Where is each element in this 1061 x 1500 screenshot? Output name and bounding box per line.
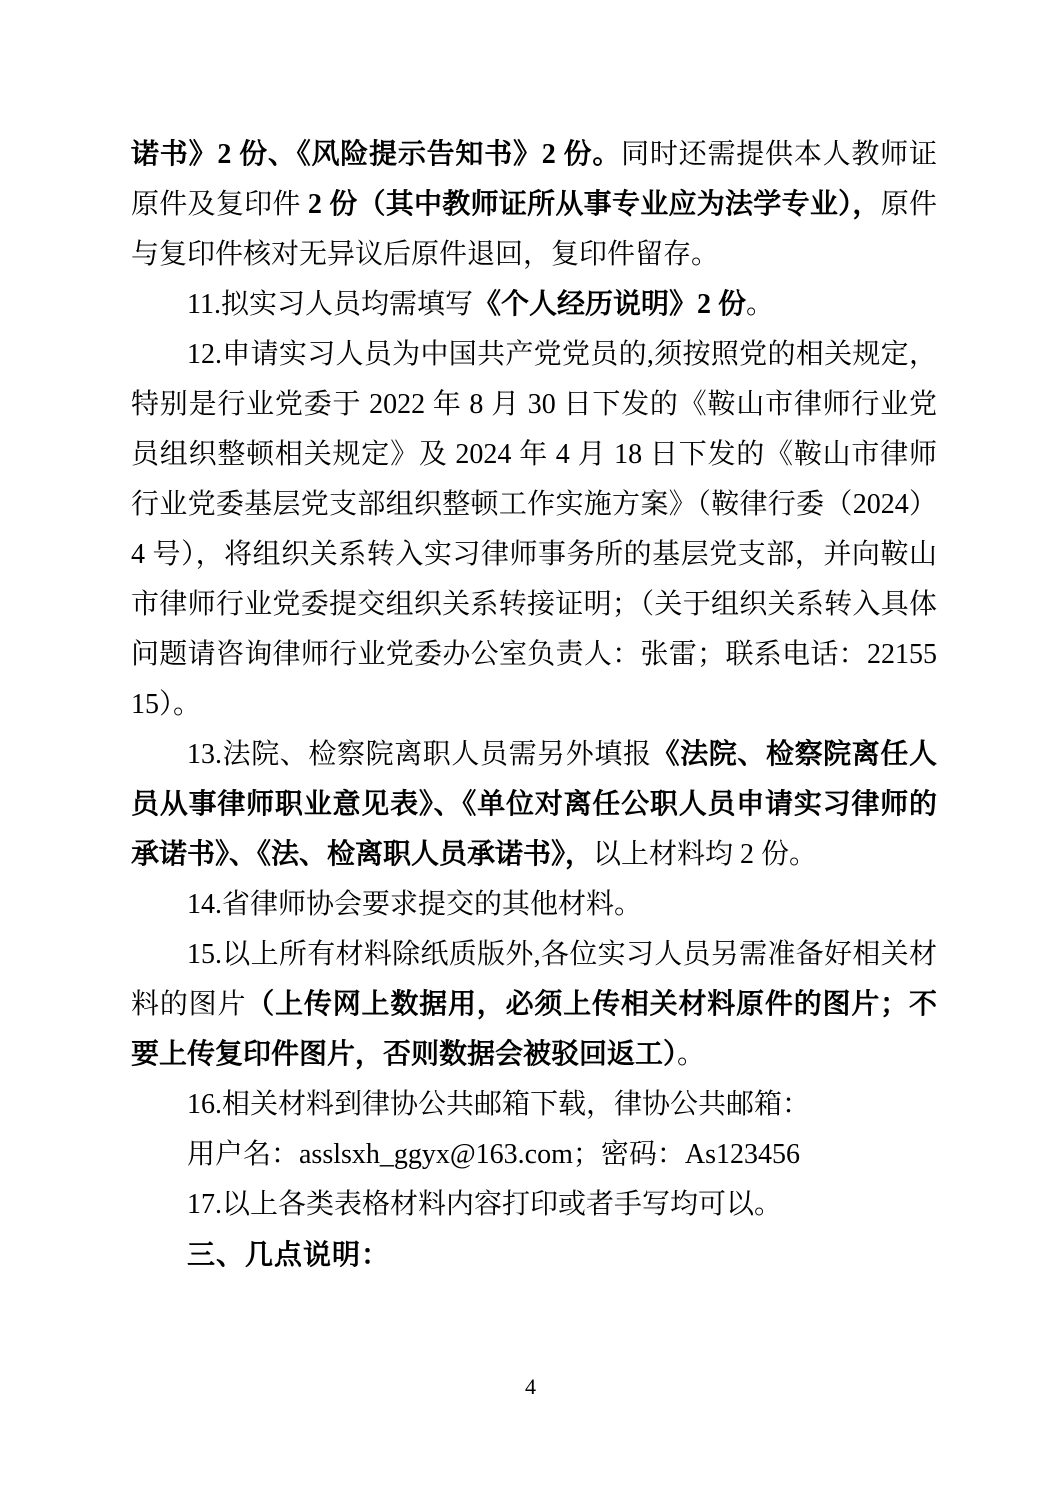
paragraph-item-13: 13.法院、检察院离职人员需另外填报《法院、检察院离任人员从事律师职业意见表》、… (131, 730, 937, 880)
paragraph-item-11: 11.拟实习人员均需填写《个人经历说明》2 份。 (131, 280, 937, 330)
document-page: 诺书》2 份、《风险提示告知书》2 份。同时还需提供本人教师证原件及复印件 2 … (0, 0, 1061, 1500)
paragraph-item-14: 14.省律师协会要求提交的其他材料。 (131, 880, 937, 930)
section-heading-3: 三、几点说明： (131, 1230, 937, 1280)
paragraph-item-12: 12.申请实习人员为中国共产党党员的,须按照党的相关规定，特别是行业党委于 20… (131, 330, 937, 730)
paragraph-item-15: 15.以上所有材料除纸质版外,各位实习人员另需准备好相关材料的图片（上传网上数据… (131, 930, 937, 1080)
text-segment: （上传网上数据用，必须上传相关材料原件的图片；不要上传复印件图片，否则数据会被驳… (131, 989, 937, 1070)
text-segment: 《个人经历说明》2 份 (473, 289, 746, 320)
text-segment: 三、几点说明： (187, 1239, 390, 1270)
paragraph-continuation-item10: 诺书》2 份、《风险提示告知书》2 份。同时还需提供本人教师证原件及复印件 2 … (131, 130, 937, 280)
text-segment: 。 (746, 289, 774, 320)
text-segment: 。 (677, 1039, 705, 1070)
text-segment: 用户名：asslsxh_ggyx@163.com；密码：As123456 (187, 1139, 800, 1170)
text-segment: 以上材料均 2 份。 (593, 839, 817, 870)
text-segment: 14.省律师协会要求提交的其他材料。 (187, 889, 642, 920)
text-segment: 13.法院、检察院离职人员需另外填报 (187, 739, 652, 770)
paragraph-item-16-credentials: 用户名：asslsxh_ggyx@163.com；密码：As123456 (131, 1130, 937, 1180)
document-body: 诺书》2 份、《风险提示告知书》2 份。同时还需提供本人教师证原件及复印件 2 … (131, 130, 937, 1280)
text-segment: 12.申请实习人员为中国共产党党员的,须按照党的相关规定，特别是行业党委于 20… (131, 339, 937, 720)
text-segment: 17.以上各类表格材料内容打印或者手写均可以。 (187, 1189, 782, 1220)
paragraph-item-16: 16.相关材料到律协公共邮箱下载，律协公共邮箱： (131, 1080, 937, 1130)
text-segment: 11.拟实习人员均需填写 (187, 289, 473, 320)
text-segment: 2 份（其中教师证所从事专业应为法学专业）， (308, 189, 881, 220)
text-segment: 16.相关材料到律协公共邮箱下载，律协公共邮箱： (187, 1089, 810, 1120)
paragraph-item-17: 17.以上各类表格材料内容打印或者手写均可以。 (131, 1180, 937, 1230)
page-number: 4 (0, 1374, 1061, 1400)
text-segment: 诺书》2 份、《风险提示告知书》2 份。 (131, 139, 621, 170)
